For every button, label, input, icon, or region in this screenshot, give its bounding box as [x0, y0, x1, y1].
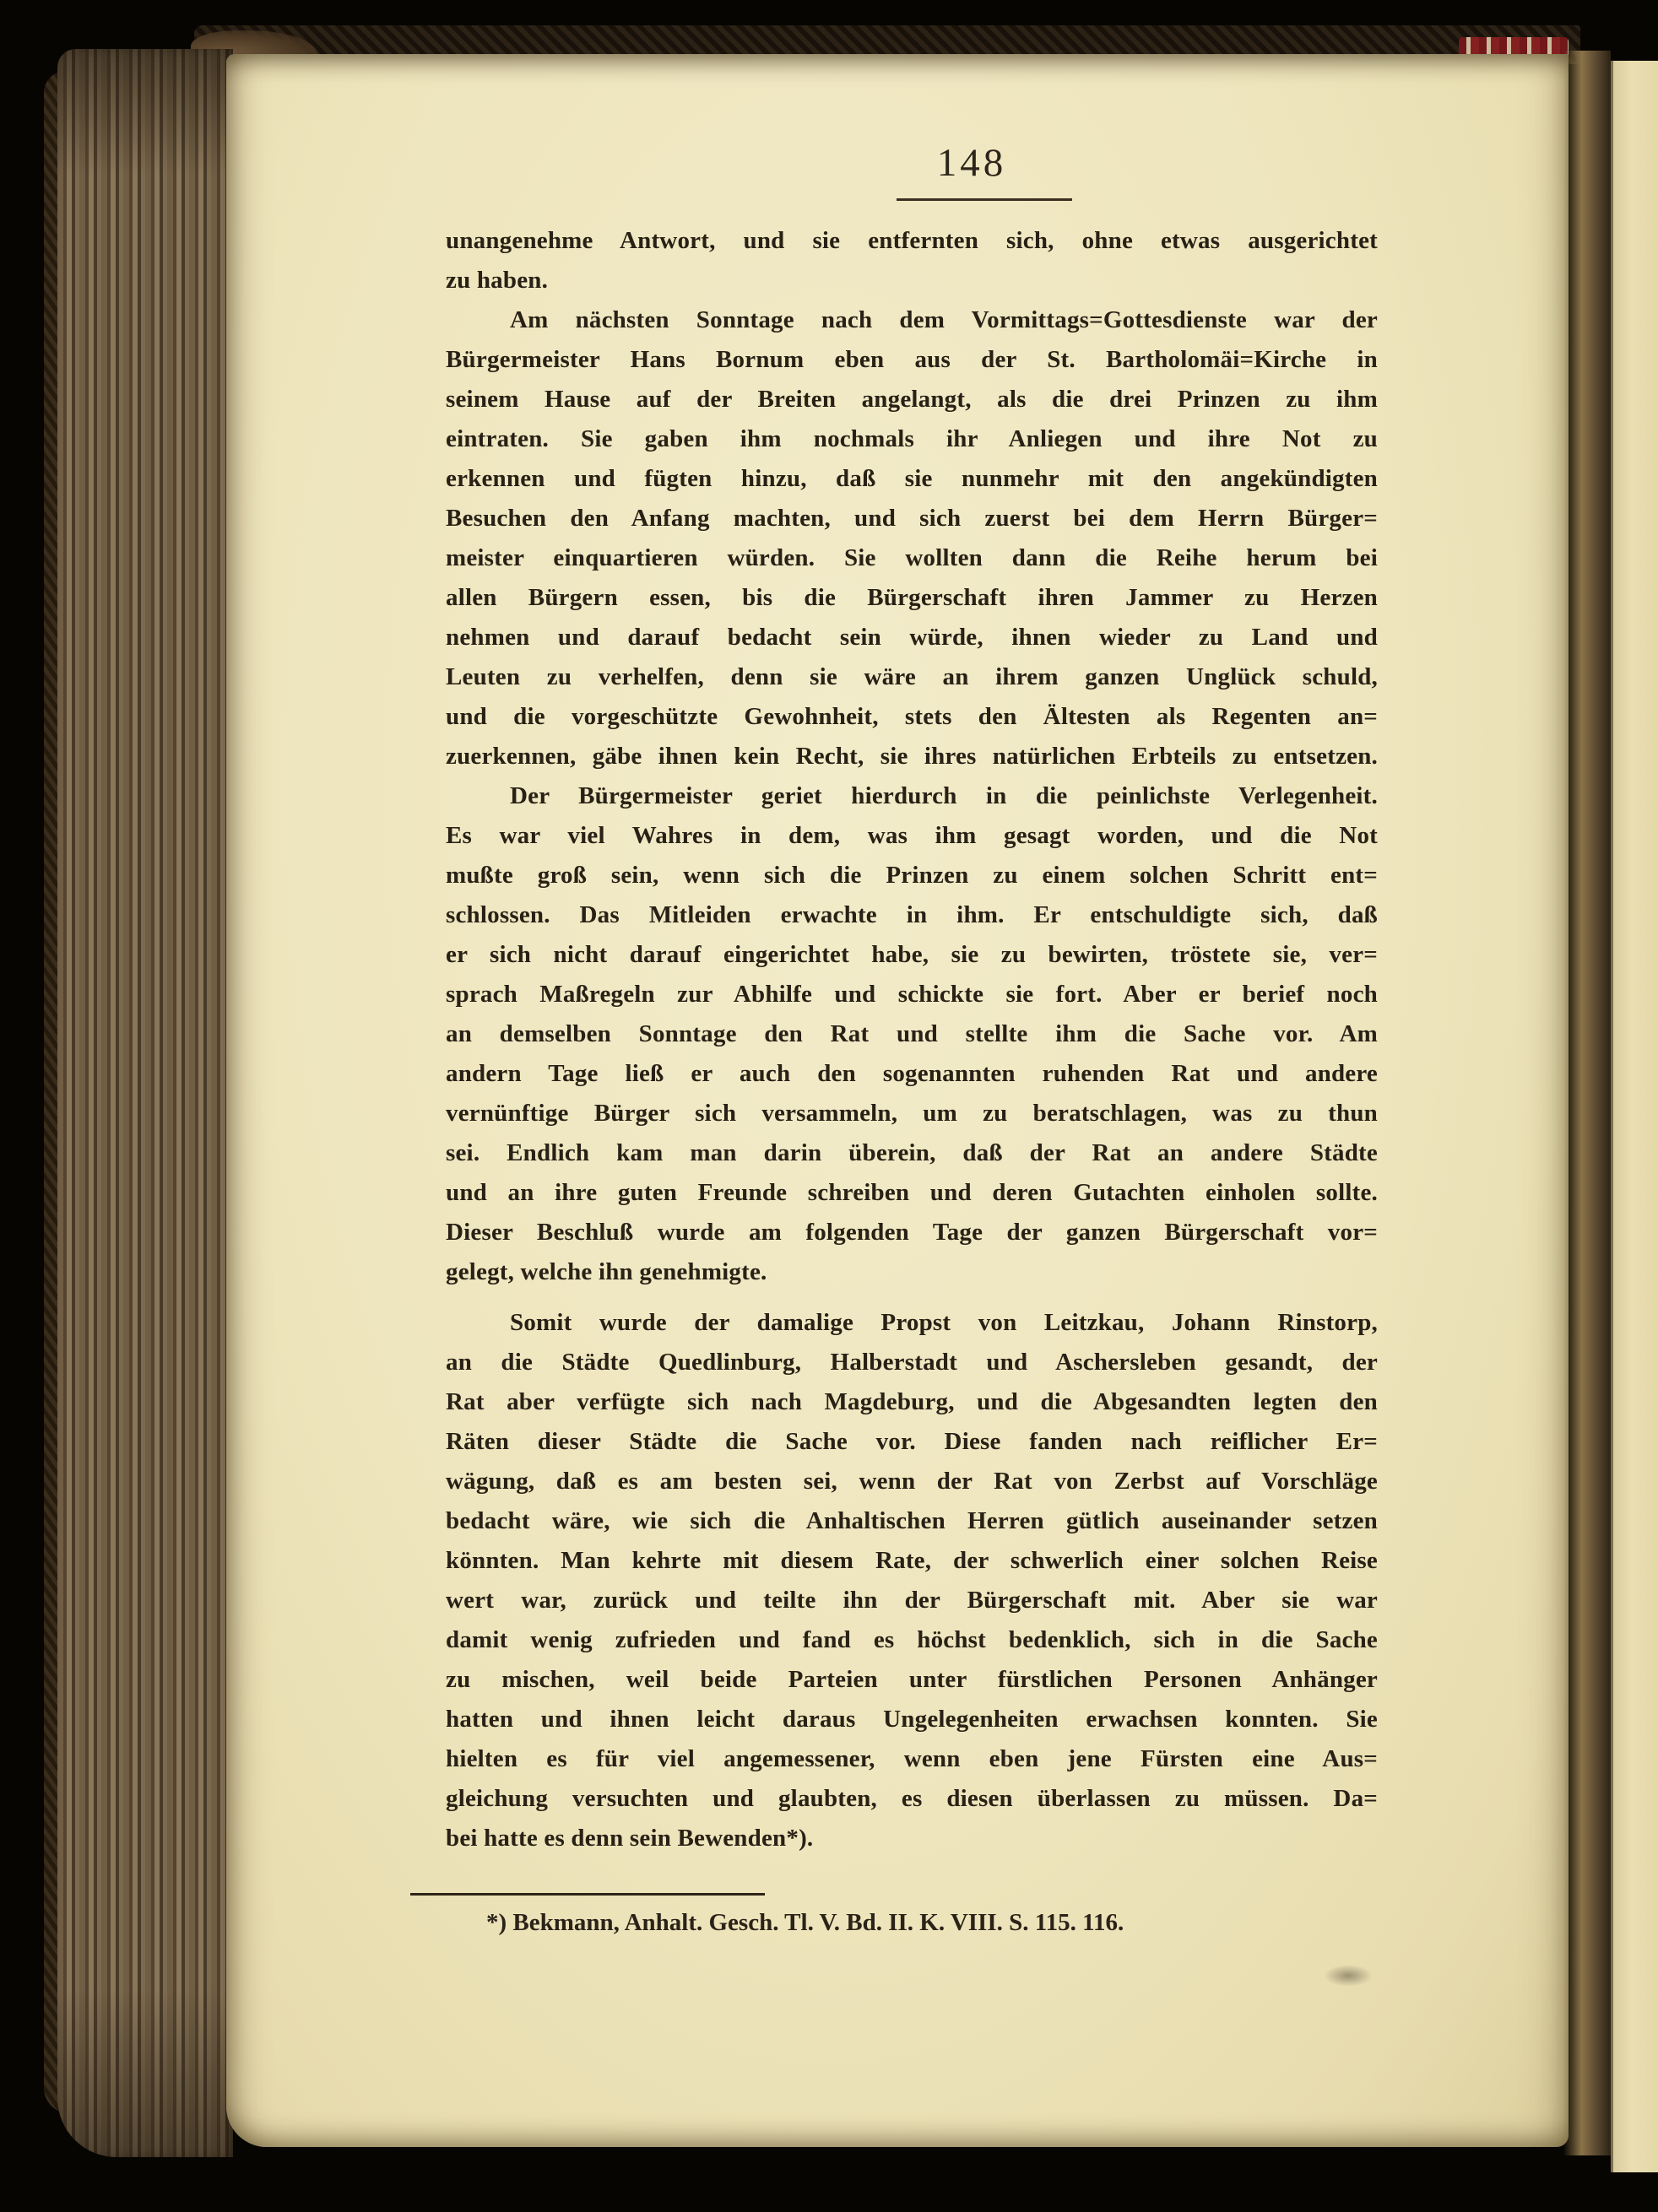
text-line: sei. Endlich kam man darin überein, daß … — [446, 1133, 1378, 1173]
text-line: zuerkennen, gäbe ihnen kein Recht, sie i… — [446, 737, 1378, 776]
text-line: und an ihre guten Freunde schreiben und … — [446, 1173, 1378, 1213]
text-line: und die vorgeschützte Gewohnheit, stets … — [446, 697, 1378, 737]
text-line: hatten und ihnen leicht daraus Ungelegen… — [446, 1700, 1378, 1739]
body-text-block: unangenehme Antwort, und sie entfernten … — [446, 221, 1378, 1858]
text-line: an die Städte Quedlinburg, Halberstadt u… — [446, 1343, 1378, 1382]
page-gutter-shadow — [1563, 51, 1611, 2155]
page-number-rule — [897, 198, 1072, 201]
text-line: meister einquartieren würden. Sie wollte… — [446, 538, 1378, 578]
text-line: Somit wurde der damalige Propst von Leit… — [446, 1303, 1378, 1343]
footnote-separator-rule — [410, 1893, 765, 1896]
text-line: bei hatte es denn sein Bewenden*). — [446, 1819, 1378, 1858]
text-line: vernünftige Bürger sich versammeln, um z… — [446, 1094, 1378, 1133]
text-line: sprach Maßregeln zur Abhilfe und schickt… — [446, 975, 1378, 1014]
footnote-text: *) Bekmann, Anhalt. Gesch. Tl. V. Bd. II… — [446, 1909, 1378, 1937]
text-line: Es war viel Wahres in dem, was ihm gesag… — [446, 816, 1378, 856]
book-scan-photo: 148 unangenehme Antwort, und sie entfern… — [0, 0, 1658, 2212]
text-line: Räten dieser Städte die Sache vor. Diese… — [446, 1422, 1378, 1462]
text-line: unangenehme Antwort, und sie entfernten … — [446, 221, 1378, 261]
text-line: gleichung versuchten und glaubten, es di… — [446, 1779, 1378, 1819]
text-line: Rat aber verfügte sich nach Magdeburg, u… — [446, 1382, 1378, 1422]
paper-smudge — [1324, 1965, 1373, 1987]
text-line: Bürgermeister Hans Bornum eben aus der S… — [446, 340, 1378, 380]
text-line: allen Bürgern essen, bis die Bürgerschaf… — [446, 578, 1378, 618]
text-line: nehmen und darauf bedacht sein würde, ih… — [446, 618, 1378, 657]
text-line: könnten. Man kehrte mit diesem Rate, der… — [446, 1541, 1378, 1581]
text-line: zu haben. — [446, 261, 1378, 300]
page-number: 148 — [861, 140, 1082, 186]
text-line: wägung, daß es am besten sei, wenn der R… — [446, 1462, 1378, 1501]
text-line: schlossen. Das Mitleiden erwachte in ihm… — [446, 895, 1378, 935]
text-line: andern Tage ließ er auch den sogenannten… — [446, 1054, 1378, 1094]
text-line: Besuchen den Anfang machten, und sich zu… — [446, 499, 1378, 538]
page-fore-edge — [57, 49, 233, 2157]
facing-page-sliver — [1611, 61, 1658, 2172]
text-line: Der Bürgermeister geriet hierdurch in di… — [446, 776, 1378, 816]
text-line: Dieser Beschluß wurde am folgenden Tage … — [446, 1213, 1378, 1252]
text-line: er sich nicht darauf eingerichtet habe, … — [446, 935, 1378, 975]
text-line: eintraten. Sie gaben ihm nochmals ihr An… — [446, 419, 1378, 459]
text-line: erkennen und fügten hinzu, daß sie nunme… — [446, 459, 1378, 499]
text-line: seinem Hause auf der Breiten angelangt, … — [446, 380, 1378, 419]
text-line: zu mischen, weil beide Parteien unter fü… — [446, 1660, 1378, 1700]
text-line: Leuten zu verhelfen, denn sie wäre an ih… — [446, 657, 1378, 697]
text-line: bedacht wäre, wie sich die Anhaltischen … — [446, 1501, 1378, 1541]
text-line: mußte groß sein, wenn sich die Prinzen z… — [446, 856, 1378, 895]
text-line: damit wenig zufrieden und fand es höchst… — [446, 1620, 1378, 1660]
text-line: gelegt, welche ihn genehmigte. — [446, 1252, 1378, 1292]
text-line: an demselben Sonntage den Rat und stellt… — [446, 1014, 1378, 1054]
text-line: wert war, zurück und teilte ihn der Bürg… — [446, 1581, 1378, 1620]
text-line: Am nächsten Sonntage nach dem Vormittags… — [446, 300, 1378, 340]
text-line: hielten es für viel angemessener, wenn e… — [446, 1739, 1378, 1779]
